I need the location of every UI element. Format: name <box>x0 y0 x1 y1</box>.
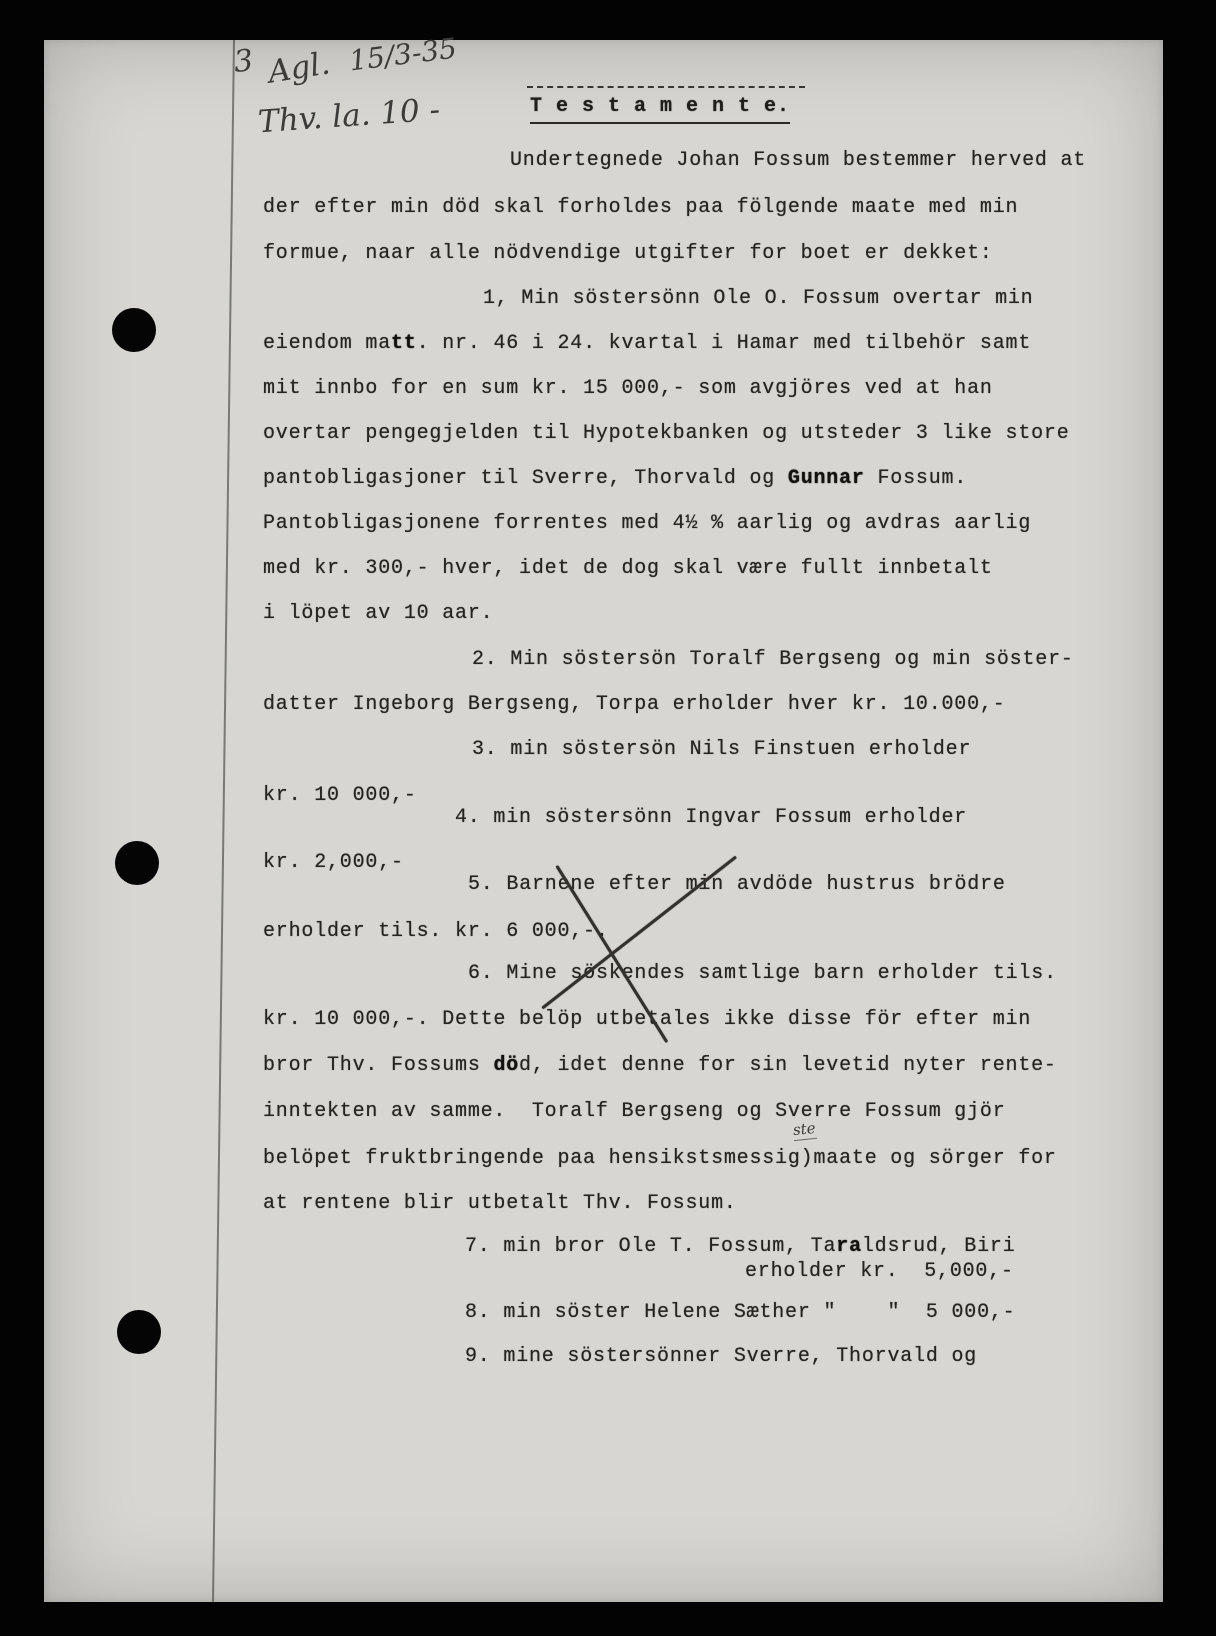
typed-text: . nr. 46 i 24. kvartal i Hamar med tilbe… <box>417 332 1032 355</box>
typed-text: 5. Barnene efter min avdöde hustrus bröd… <box>468 873 1006 896</box>
typed-text: der efter min död skal forholdes paa föl… <box>263 196 1018 219</box>
typed-text: 4. min söstersönn Ingvar Fossum erholder <box>455 806 967 829</box>
typed-text: kr. 2,000,- <box>263 851 404 874</box>
typed-line: overtar pengegjelden til Hypotekbanken o… <box>263 423 1070 445</box>
typed-text: Fossum. <box>865 467 967 490</box>
typed-text: 1, Min söstersönn Ole O. Fossum overtar … <box>483 287 1033 310</box>
scan-background: T e s t a m e n t e. 3 Agl. 15/3-35 Thv.… <box>0 0 1216 1636</box>
typed-line: 6. Mine söskendes samtlige barn erholder… <box>468 963 1057 985</box>
testament-title: T e s t a m e n t e. <box>530 95 790 124</box>
typed-text: belöpet fruktbringende paa hensikstsmess… <box>263 1147 1057 1170</box>
typed-text: ldsrud, Biri <box>862 1235 1016 1258</box>
typed-line: med kr. 300,- hver, idet de dog skal vær… <box>263 558 993 580</box>
typed-line: 7. min bror Ole T. Fossum, Taraldsrud, B… <box>465 1236 1016 1258</box>
typed-line: 1, Min söstersönn Ole O. Fossum overtar … <box>483 288 1033 310</box>
typed-text: erholder kr. 5,000,- <box>745 1260 1014 1283</box>
typed-line: 5. Barnene efter min avdöde hustrus bröd… <box>468 874 1006 896</box>
typed-line: kr. 2,000,- <box>263 852 404 874</box>
punch-hole <box>115 841 159 885</box>
typed-line: 2. Min söstersön Toralf Bergseng og min … <box>472 649 1074 671</box>
typed-line: at rentene blir utbetalt Thv. Fossum. <box>263 1193 737 1215</box>
typed-line: Pantobligasjonene forrentes med 4½ % aar… <box>263 513 1031 535</box>
typed-line: 9. mine söstersönner Sverre, Thorvald og <box>465 1346 977 1368</box>
typed-text: eiendom ma <box>263 332 391 355</box>
typed-text: at rentene blir utbetalt Thv. Fossum. <box>263 1192 737 1215</box>
typed-line: inntekten av samme. Toralf Bergseng og S… <box>263 1101 1006 1123</box>
typed-text: 7. min bror Ole T. Fossum, Ta <box>465 1235 836 1258</box>
typed-line: bror Thv. Fossums död, idet denne for si… <box>263 1055 1057 1077</box>
typed-line: pantobligasjoner til Sverre, Thorvald og… <box>263 468 967 490</box>
typed-text: 8. min söster Helene Sæther " " 5 000,- <box>465 1301 1015 1324</box>
typed-text: mit innbo for en sum kr. 15 000,- som av… <box>263 377 993 400</box>
typed-line: kr. 10 000,- <box>263 785 417 807</box>
title-overline <box>527 86 805 88</box>
typed-line: eiendom matt. nr. 46 i 24. kvartal i Ham… <box>263 333 1031 355</box>
typed-line: mit innbo for en sum kr. 15 000,- som av… <box>263 378 993 400</box>
overstruck-text: dö <box>493 1054 519 1077</box>
typed-text: pantobligasjoner til Sverre, Thorvald og <box>263 467 788 490</box>
overstruck-text: Gunnar <box>788 467 865 490</box>
overstruck-text: ra <box>836 1235 862 1258</box>
typed-line: erholder kr. 5,000,- <box>745 1261 1014 1283</box>
typed-text: 9. mine söstersönner Sverre, Thorvald og <box>465 1345 977 1368</box>
typed-text: inntekten av samme. Toralf Bergseng og S… <box>263 1100 1006 1123</box>
typed-line: 4. min söstersönn Ingvar Fossum erholder <box>455 807 967 829</box>
typed-text: overtar pengegjelden til Hypotekbanken o… <box>263 422 1070 445</box>
typed-text: bror Thv. Fossums <box>263 1054 493 1077</box>
typed-text: med kr. 300,- hver, idet de dog skal vær… <box>263 557 993 580</box>
typed-line: der efter min död skal forholdes paa föl… <box>263 197 1018 219</box>
typed-text: erholder tils. kr. 6 000,-. <box>263 920 609 943</box>
punch-hole <box>117 1310 161 1354</box>
margin-line <box>212 40 235 1602</box>
typed-line: 3. min söstersön Nils Finstuen erholder <box>472 739 971 761</box>
typed-text: 2. Min söstersön Toralf Bergseng og min … <box>472 648 1074 671</box>
typed-text: Undertegnede Johan Fossum bestemmer herv… <box>510 149 1086 172</box>
typed-text: kr. 10 000,- <box>263 784 417 807</box>
typed-text: i löpet av 10 aar. <box>263 602 493 625</box>
overstruck-text: tt <box>391 332 417 355</box>
handwritten-archive-number: 3 <box>232 43 255 80</box>
typed-line: erholder tils. kr. 6 000,-. <box>263 921 609 943</box>
typed-text: formue, naar alle nödvendige utgifter fo… <box>263 242 993 265</box>
typed-line: formue, naar alle nödvendige utgifter fo… <box>263 243 993 265</box>
typed-text: 6. Mine söskendes samtlige barn erholder… <box>468 962 1057 985</box>
punch-hole <box>112 308 156 352</box>
typed-line: datter Ingeborg Bergseng, Torpa erholder… <box>263 694 1006 716</box>
typed-line: Undertegnede Johan Fossum bestemmer herv… <box>510 150 1086 172</box>
typed-line: belöpet fruktbringende paa hensikstsmess… <box>263 1148 1057 1170</box>
typed-text: 3. min söstersön Nils Finstuen erholder <box>472 738 971 761</box>
typed-text: d, idet denne for sin levetid nyter rent… <box>519 1054 1057 1077</box>
typed-text: Pantobligasjonene forrentes med 4½ % aar… <box>263 512 1031 535</box>
typed-line: 8. min söster Helene Sæther " " 5 000,- <box>465 1302 1015 1324</box>
typed-line: i löpet av 10 aar. <box>263 603 493 625</box>
typed-text: datter Ingeborg Bergseng, Torpa erholder… <box>263 693 1006 716</box>
